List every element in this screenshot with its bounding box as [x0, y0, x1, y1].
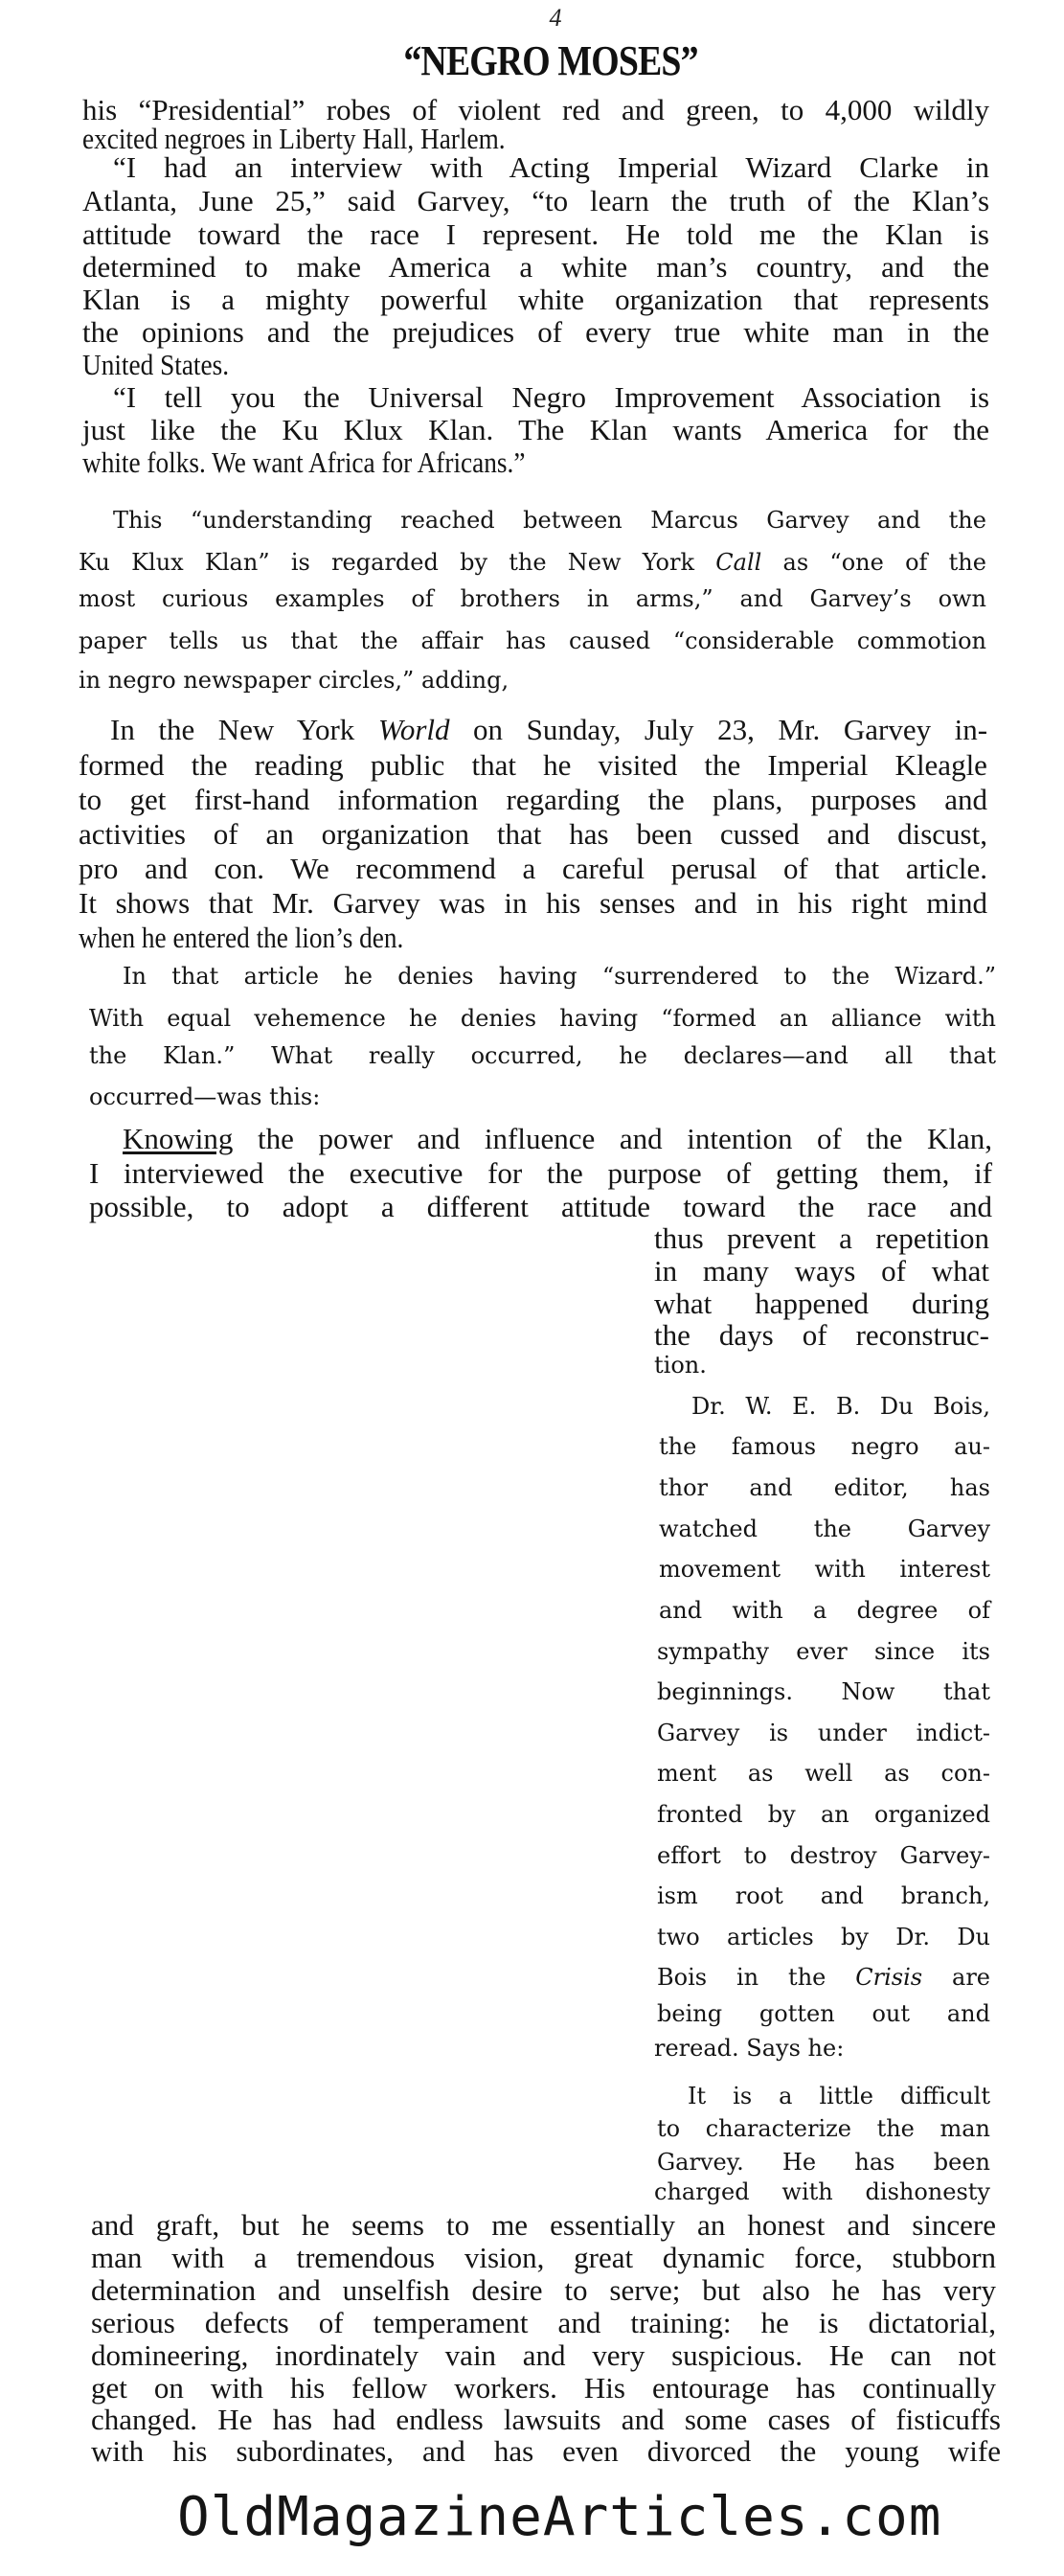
text-line: watched the Garvey: [659, 1514, 990, 1546]
text-line: the Klan.” What really occurred, he decl…: [89, 1039, 996, 1072]
text-line: and graft, but he seems to me essentiall…: [91, 2209, 996, 2242]
text-line: charged with dishonesty: [654, 2177, 990, 2209]
text-line: the opinions and the prejudices of every…: [82, 316, 989, 349]
text-line: “I tell you the Universal Negro Improvem…: [113, 381, 989, 414]
text-line: effort to destroy Garvey-: [657, 1840, 990, 1873]
text-line: in negro newspaper circles,” adding,: [79, 664, 509, 696]
text-line: Klan is a mighty powerful white organiza…: [82, 284, 989, 316]
text-line: beginnings. Now that: [657, 1676, 990, 1709]
text-line: determination and unselfish desire to se…: [91, 2274, 996, 2307]
text-line: two articles by Dr. Du: [657, 1922, 990, 1954]
text-line: pro and con. We recommend a careful peru…: [79, 853, 987, 885]
text-line: It is a little difficult: [688, 2081, 990, 2113]
text-line: domineering, inordinately vain and very …: [91, 2339, 996, 2372]
page-number: 4: [536, 6, 575, 31]
text-line: occurred—was this:: [89, 1081, 320, 1113]
text-line: the famous negro au-: [659, 1431, 990, 1464]
text-line: determined to make America a white man’s…: [82, 251, 989, 284]
text-line: ment as well as con-: [657, 1758, 990, 1790]
text-line: This “understanding reached between Marc…: [113, 504, 986, 536]
text-line: In the New York World on Sunday, July 23…: [110, 714, 987, 746]
text-line: possible, to adopt a different attitude …: [89, 1191, 992, 1223]
text-line: ism root and branch,: [657, 1881, 990, 1913]
site-watermark: OldMagazineArticles.com: [177, 2489, 919, 2546]
text-line: in many ways of what: [654, 1255, 989, 1288]
text-line: most curious examples of brothers in arm…: [79, 582, 986, 615]
text-line: Ku Klux Klan” is regarded by the New Yor…: [79, 546, 986, 579]
text-line: Dr. W. E. B. Du Bois,: [691, 1391, 990, 1424]
text-line: sympathy ever since its: [657, 1636, 990, 1669]
text-line: the days of reconstruc-: [654, 1319, 989, 1352]
text-line: just like the Ku Klux Klan. The Klan wan…: [82, 414, 989, 446]
text-line: Garvey is under indict-: [657, 1718, 990, 1750]
text-line: formed the reading public that he visite…: [79, 749, 987, 782]
text-line: white folks. We want Africa for Africans…: [82, 446, 586, 479]
text-line: to get first-hand information regarding …: [79, 784, 987, 816]
text-line: with his subordinates, and has even divo…: [91, 2435, 1001, 2468]
text-line: Knowing the power and influence and inte…: [123, 1123, 992, 1155]
text-line: “I had an interview with Acting Imperial…: [113, 151, 989, 184]
text-line: man with a tremendous vision, great dyna…: [91, 2242, 996, 2274]
text-line: attitude toward the race I represent. He…: [82, 218, 989, 251]
text-line: reread. Says he:: [654, 2033, 844, 2065]
text-line: In that article he denies having “surren…: [123, 960, 996, 992]
text-line: and with a degree of: [659, 1595, 990, 1628]
text-line: tion.: [654, 1350, 707, 1382]
text-line: With equal vehemence he denies having “f…: [89, 1002, 996, 1035]
magazine-page: 4 “NEGRO MOSES” his “Presidential” robes…: [0, 0, 1064, 2576]
text-line: changed. He has had endless lawsuits and…: [91, 2404, 1001, 2436]
text-line: fronted by an organized: [657, 1799, 990, 1832]
text-line: to characterize the man: [657, 2113, 990, 2146]
text-line: paper tells us that the affair has cause…: [79, 625, 986, 657]
text-line: movement with interest: [659, 1554, 990, 1586]
text-line: get on with his fellow workers. His ento…: [91, 2372, 996, 2405]
text-line: thus prevent a repetition: [654, 1222, 989, 1255]
text-line: being gotten out and: [657, 1998, 990, 2031]
article-title: “NEGRO MOSES”: [390, 38, 711, 84]
text-line: serious defects of temperament and train…: [91, 2307, 996, 2339]
text-line: activities of an organization that has b…: [79, 818, 987, 851]
text-line: when he entered the lion’s den.: [79, 922, 448, 954]
text-line: what happened during: [654, 1288, 989, 1320]
text-line: It shows that Mr. Garvey was in his sens…: [79, 887, 987, 920]
text-line: Garvey. He has been: [657, 2147, 990, 2179]
text-line: United States.: [82, 349, 249, 381]
text-line: Atlanta, June 25,” said Garvey, “to lear…: [82, 185, 989, 217]
text-line: I interviewed the executive for the purp…: [89, 1157, 992, 1190]
text-line: Bois in the Crisis are: [657, 1962, 990, 1995]
text-line: thor and editor, has: [659, 1472, 990, 1505]
